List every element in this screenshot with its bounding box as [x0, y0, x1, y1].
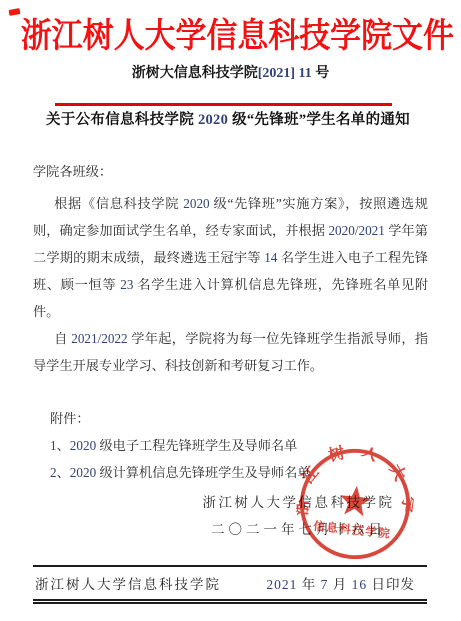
- document-body: 学院各班级： 根据《信息科技学院 2020 级“先锋班”实施方案》，按照遴选规则…: [33, 158, 428, 486]
- document-number: 浙树大信息科技学院[2021] 11 号: [0, 64, 461, 84]
- attachments-label: 附件：: [50, 405, 428, 432]
- signature-org: 浙江树人大学信息科技学院: [200, 489, 397, 516]
- salutation: 学院各班级：: [33, 158, 428, 185]
- notice-title: 关于公布信息科技学院 2020 级“先锋班”学生名单的通知: [46, 109, 410, 132]
- signature-date: 二〇二一年七月十六日: [200, 516, 397, 543]
- document-header-title: 浙江树人大学信息科技学院文件: [21, 17, 441, 57]
- red-divider-line: [55, 103, 392, 106]
- red-ink-mark: [9, 8, 21, 16]
- attachment-item: 2、2020 级计算机信息先锋班学生及导师名单: [50, 459, 428, 486]
- attachments-section: 附件： 1、2020 级电子工程先锋班学生及导师名单 2、2020 级计算机信息…: [33, 405, 428, 486]
- footer-issue-date: 2021 年 7 月 16 日印发: [266, 573, 415, 593]
- body-paragraph: 自 2021/2022 学年起，学院将为每一位先锋班学生指派导师，指导学生开展专…: [33, 325, 428, 379]
- body-paragraph: 根据《信息科技学院 2020 级“先锋班”实施方案》，按照遴选规则，确定参加面试…: [33, 190, 428, 325]
- footer-bar: 浙江树人大学信息科技学院 2021 年 7 月 16 日印发: [33, 565, 427, 604]
- document-page: 浙江树人大学信息科技学院文件 浙树大信息科技学院[2021] 11 号 关于公布…: [0, 0, 461, 621]
- footer-org: 浙江树人大学信息科技学院: [35, 573, 221, 593]
- signature-block: 浙江树人大学信息科技学院 二〇二一年七月十六日: [200, 489, 397, 543]
- attachment-item: 1、2020 级电子工程先锋班学生及导师名单: [50, 432, 428, 459]
